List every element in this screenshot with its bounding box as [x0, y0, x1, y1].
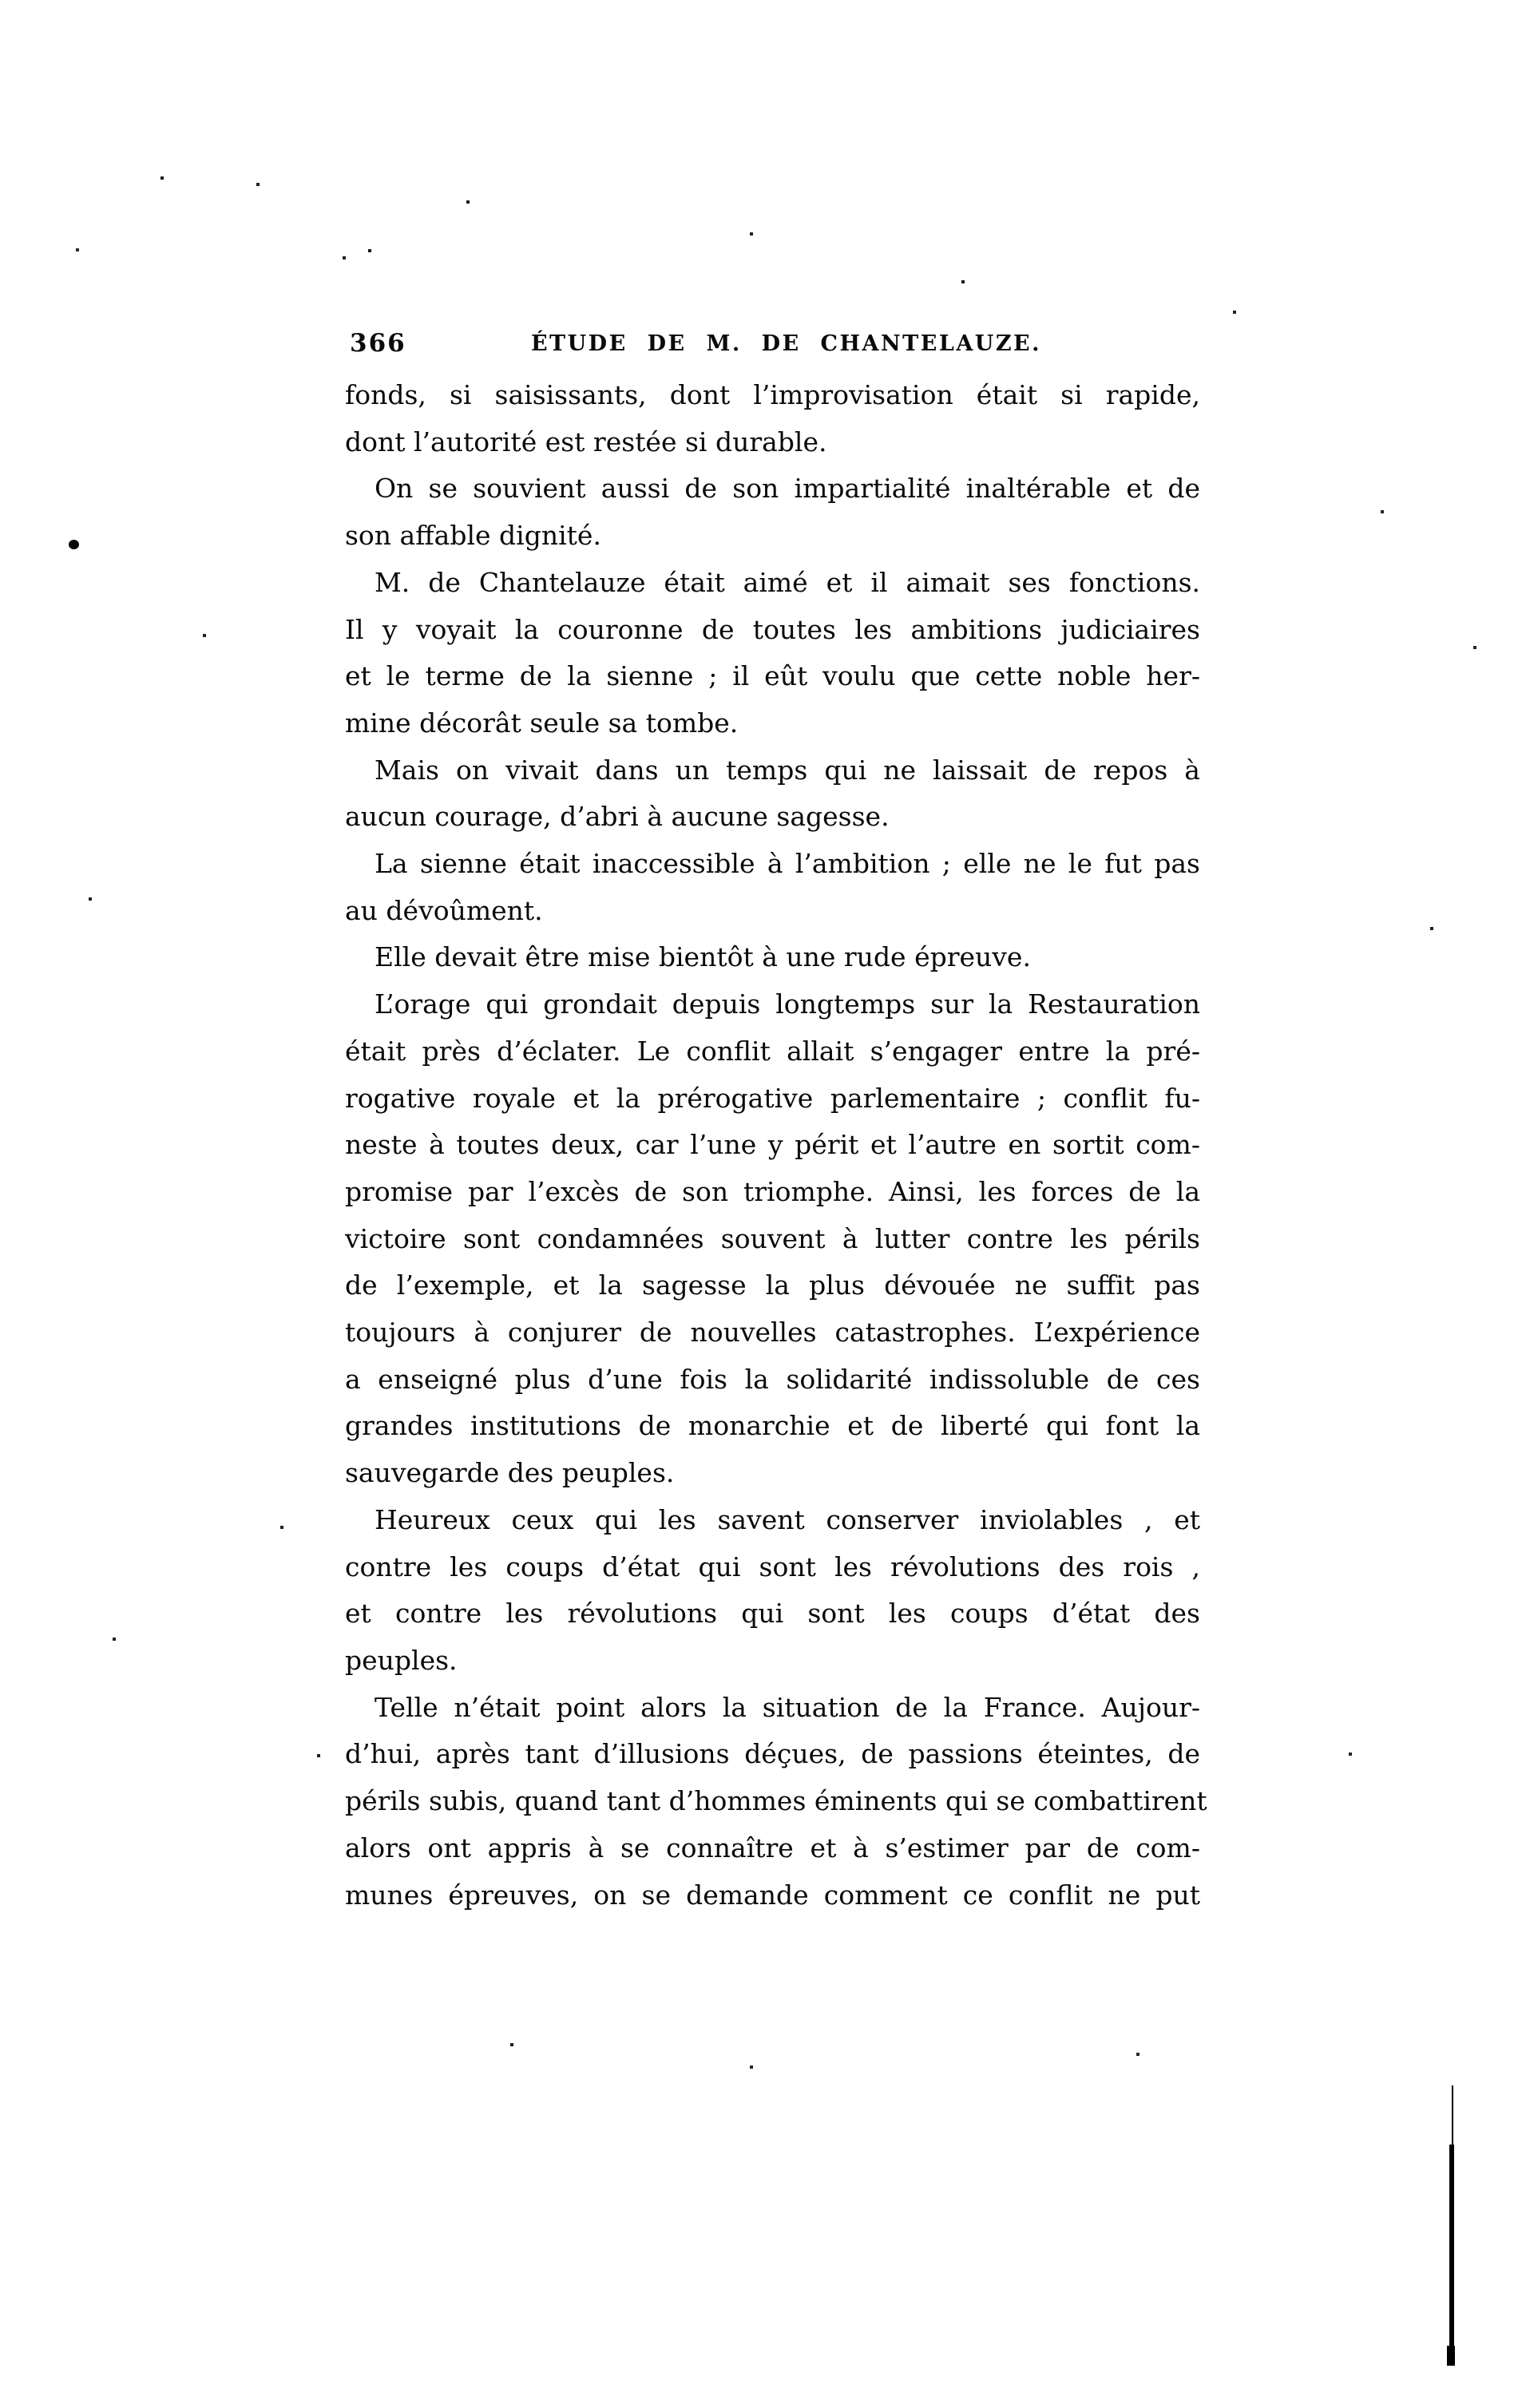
text-line: Elle devait être mise bientôt à une rude…: [345, 934, 1200, 981]
text-line: victoire sont condamnées souvent à lutte…: [345, 1216, 1200, 1263]
page-header: 366 ÉTUDE DE M. DE CHANTELAUZE.: [345, 329, 1200, 361]
text-line: dont l’autorité est restée si durable.: [345, 419, 1200, 466]
text-line: peuples.: [345, 1638, 1200, 1685]
text-line: La sienne était inaccessible à l’ambitio…: [345, 841, 1200, 888]
text-line: son affable dignité.: [345, 513, 1200, 560]
text-line: a enseigné plus d’une fois la solidarité…: [345, 1356, 1200, 1404]
text-line: promise par l’excès de son triomphe. Ain…: [345, 1169, 1200, 1216]
text-line: munes épreuves, on se demande comment ce…: [345, 1872, 1200, 1919]
running-title: ÉTUDE DE M. DE CHANTELAUZE.: [345, 329, 1200, 359]
text-line: était près d’éclater. Le conflit allait …: [345, 1028, 1200, 1075]
text-line: au dévoûment.: [345, 888, 1200, 935]
text-line: alors ont appris à se connaître et à s’e…: [345, 1825, 1200, 1872]
gutter-shadow-artifact: [1452, 2085, 1453, 2149]
gutter-shadow-artifact: [1449, 2145, 1454, 2352]
text-line: périls subis, quand tant d’hommes éminen…: [345, 1778, 1200, 1825]
text-line: Heureux ceux qui les savent conserver in…: [345, 1497, 1200, 1544]
ink-dot-artifact: [69, 540, 79, 549]
text-line: On se souvient aussi de son impartialité…: [345, 465, 1200, 513]
text-line: Il y voyait la couronne de toutes les am…: [345, 607, 1200, 654]
text-line: fonds, si saisissants, dont l’improvisat…: [345, 372, 1200, 419]
text-line: neste à toutes deux, car l’une y périt e…: [345, 1122, 1200, 1169]
text-line: et le terme de la sienne ; il eût voulu …: [345, 653, 1200, 700]
text-line: d’hui, après tant d’illusions déçues, de…: [345, 1731, 1200, 1778]
text-line: de l’exemple, et la sagesse la plus dévo…: [345, 1262, 1200, 1309]
gutter-shadow-artifact: [1447, 2346, 1455, 2366]
text-line: sauvegarde des peuples.: [345, 1450, 1200, 1497]
text-line: M. de Chantelauze était aimé et il aimai…: [345, 560, 1200, 607]
text-line: Telle n’était point alors la situation d…: [345, 1685, 1200, 1732]
text-line: Mais on vivait dans un temps qui ne lais…: [345, 747, 1200, 794]
text-line: et contre les révolutions qui sont les c…: [345, 1590, 1200, 1638]
text-line: aucun courage, d’abri à aucune sagesse.: [345, 794, 1200, 841]
text-line: L’orage qui grondait depuis longtemps su…: [345, 981, 1200, 1028]
page-number: 366: [350, 329, 406, 358]
body-text: fonds, si saisissants, dont l’improvisat…: [345, 372, 1200, 1919]
text-line: grandes institutions de monarchie et de …: [345, 1403, 1200, 1450]
book-page: 366 ÉTUDE DE M. DE CHANTELAUZE. fonds, s…: [0, 0, 1518, 2408]
text-line: toujours à conjurer de nouvelles catastr…: [345, 1309, 1200, 1356]
text-line: rogative royale et la prérogative parlem…: [345, 1075, 1200, 1123]
text-line: mine décorât seule sa tombe.: [345, 700, 1200, 747]
text-line: contre les coups d’état qui sont les rév…: [345, 1544, 1200, 1591]
scan-noise: [0, 0, 2, 2]
